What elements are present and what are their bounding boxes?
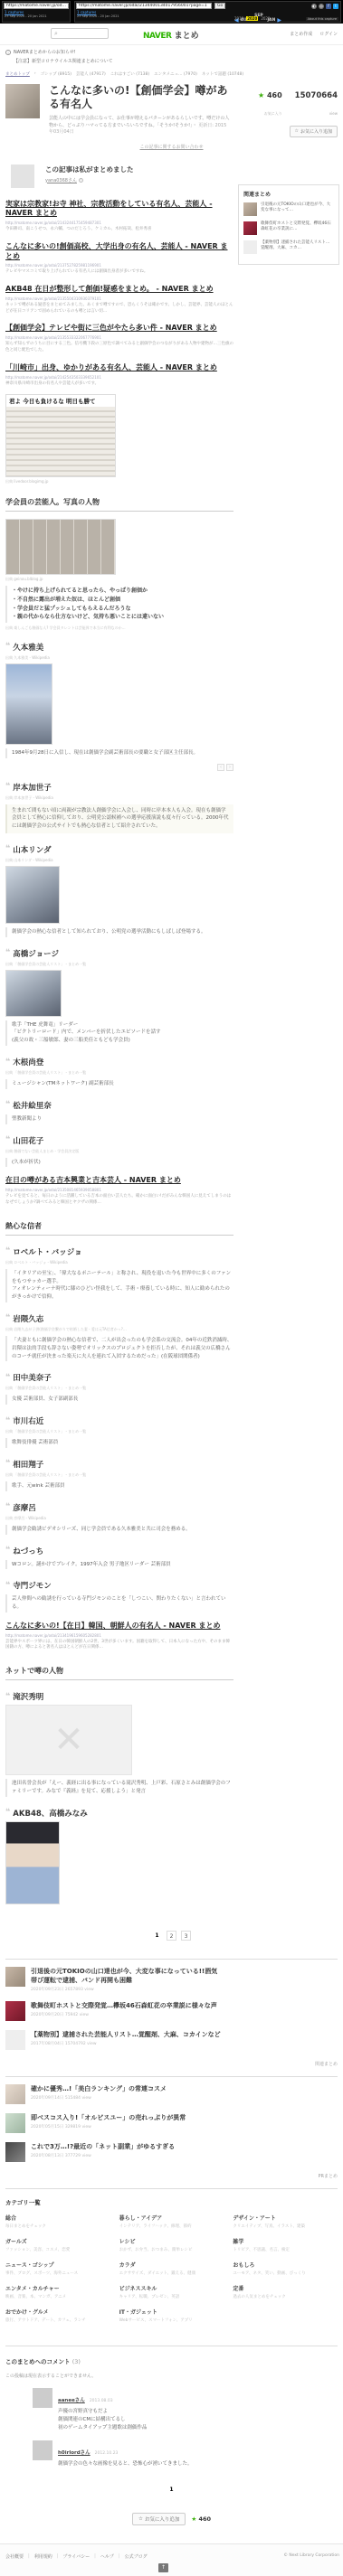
category-item[interactable]: レシピおかず、お弁当、おつまみ、簡単レシピ — [119, 2237, 224, 2252]
comment-date: 2012.10.23 — [95, 2451, 119, 2456]
category-item[interactable]: おでかけ・グルメ旅行、アウトドア、デート、カフェ、ランチ — [5, 2308, 110, 2323]
quote-block: ❝松井絵里奈聖教新聞より — [5, 1100, 233, 1124]
section-heading: 学会員の芸能人。写真の人物 — [5, 486, 233, 512]
pager-next-icon[interactable]: › — [226, 764, 233, 771]
category-sub: ユーモア、ネタ、笑い、動画、びっくり — [233, 2270, 338, 2276]
quote-icon: ❝ — [5, 1314, 10, 1322]
quote-name-row: ❝岩隈久志 — [5, 1313, 233, 1324]
quote-source-link[interactable]: 出典 久本雅美 - Wikipedia — [5, 655, 233, 661]
category-sub: 毎日まとめをチェック — [5, 2223, 110, 2229]
login-link[interactable]: ログイン — [319, 31, 338, 37]
pagination: 123 — [5, 1907, 338, 1959]
category-name: おでかけ・グルメ — [5, 2308, 110, 2316]
category-column: 総合毎日まとめをチェックガールズファッション、美容、コスメ、恋愛ニュース・ゴシッ… — [5, 2214, 110, 2331]
footer-separator: | — [28, 2553, 30, 2560]
link-description: 知らず知らずのうちに目にする三色。信号機下段の三原色で調べてみると創価学会のつな… — [5, 342, 233, 354]
comments-title: このまとめへのコメント — [5, 2358, 71, 2365]
comment-header: h0irlordさん2012.10.23 — [58, 2440, 338, 2458]
quote-icon: ❝ — [5, 783, 10, 791]
matome-link[interactable]: こんなに多いの!【在日】韓国、朝鮮人の有名人 - NAVER まとめ — [5, 1622, 233, 1631]
wayback-mini-date-range: 23 Sep 2020 - 20 Jan 2021 — [3, 14, 70, 18]
quote-name-row: ❝山本リンダ — [5, 844, 233, 855]
content-image-block: 君よ 今日も負けるな 明日も勝て出典 livedoor.blogimg.jp — [5, 394, 233, 484]
category-item[interactable]: ニュース・ゴシップ事件、ブログ、スポーツ、海外ニュース — [5, 2261, 110, 2276]
quote-block: ❝田中美奈子出典 「創価学会員の芸能人リスト」 - まとめ一覧女優 芸術部員、女… — [5, 1372, 233, 1405]
quote-source-link[interactable]: 出典 楽しんごも創価な人? 学会員タレントは芸能界で本当に有利なのか… — [5, 625, 233, 631]
quote-image[interactable] — [5, 1821, 60, 1904]
content-link-block: 在日の噂がある吉本興業と吉本芸人 - NAVER まとめhttp://matom… — [5, 1176, 233, 1206]
page-button[interactable]: 1 — [152, 1931, 162, 1941]
breadcrumb-item[interactable]: 芸能人 (47917) — [76, 71, 106, 77]
quote-block: ❝ねづっちWコロン。謎かけでブレイク。1997年入会 男子地区リーダー 芸術部員 — [5, 1546, 233, 1570]
link-url: http://matome.naver.jp/odai/213508146593… — [5, 1188, 233, 1192]
pr-matome-meta: 2020年05月15日 329819 view — [31, 2124, 223, 2129]
author-badge-icon: ? — [79, 178, 83, 183]
quote-icon: ❝ — [5, 1582, 10, 1590]
page-button[interactable]: 3 — [181, 1931, 191, 1941]
category-item[interactable]: ガールズファッション、美容、コスメ、恋愛 — [5, 2237, 110, 2252]
category-name: エンタメ・カルチャー — [5, 2284, 110, 2292]
matome-link[interactable]: AKB48 在日が整形して創価!疑惑をまとめ。 - NAVER まとめ — [5, 285, 233, 295]
quote-block: ❝ロベルト・バッジョ出典 ロベルト・バッジョ - Wikipedia「イタリアの… — [5, 1246, 233, 1302]
wayback-toolbar: https://matome.naver.jp/od… 1 captures 2… — [0, 0, 343, 24]
category-item[interactable]: 暮らし・アイデアインテリア、ライフハック、修理、節約 — [119, 2214, 224, 2229]
site-header: ⌕ NAVER まとめ まとめ作成 ログイン — [0, 24, 343, 45]
create-matome-link[interactable]: まとめ作成 — [290, 31, 312, 37]
quote-name-row: ❝田中美奈子 — [5, 1372, 233, 1383]
quote-icon: ❝ — [5, 949, 10, 957]
person-name: 松井絵里奈 — [13, 1100, 52, 1111]
person-name: 髙橋ジョージ — [13, 948, 59, 959]
quote-source-link[interactable]: 出典 創価でない芸能人まとめ - 学会員決定版 — [5, 1149, 233, 1154]
quote-text: (久本が折伏) — [5, 1158, 233, 1168]
footer-link[interactable]: プライバシー — [62, 2553, 90, 2560]
content-image[interactable]: 君よ 今日も負けるな 明日も勝て — [5, 394, 116, 477]
related-item-title: 引退後の元TOKIOの山口達也が今、大変な事になって… — [261, 202, 334, 216]
twitter-icon[interactable]: t — [333, 4, 338, 9]
related-matome-thumbnail — [5, 1967, 25, 1987]
category-sub: エクササイズ、ダイエット、鍛える、健康 — [119, 2270, 224, 2276]
comment-author-link[interactable]: aaneeさん — [58, 2398, 85, 2403]
matome-thumbnail — [5, 84, 40, 118]
view-count: 15070664 — [295, 91, 338, 100]
quote-source-link[interactable]: 出典 「創価学会員の芸能人リスト」 - まとめ一覧 — [5, 1429, 233, 1434]
category-item[interactable]: 定番過去の人気まとめをチェック — [233, 2284, 338, 2299]
sidebar-related-item[interactable]: 引退後の元TOKIOの山口達也が今、大変な事になって… — [243, 202, 334, 216]
quote-icon: ❝ — [5, 1460, 10, 1468]
related-matome-meta: 2020年09月20日 75942 view — [31, 2012, 223, 2017]
category-name: デザイン・アート — [233, 2214, 338, 2222]
related-matome-meta: 2020年09月23日 2657893 view — [31, 1987, 223, 1992]
breadcrumb: まとめトップ › ゴシップ (8915)芸能人 (47917)これはすごい (7… — [0, 70, 343, 82]
matome-link[interactable]: 在日の噂がある吉本興業と吉本芸人 - NAVER まとめ — [5, 1176, 233, 1186]
related-thumbnail — [243, 221, 257, 235]
wayback-go-button[interactable]: Go — [214, 3, 225, 9]
quote-source-link[interactable]: 出典 山本リンダ - Wikipedia — [5, 858, 233, 863]
quote-icon: ❝ — [5, 1547, 10, 1555]
comment-avatar — [33, 2440, 52, 2460]
quote-source-link[interactable]: 出典 岩隈久志が子供(創価学会繋がりで結婚した妻・愛は元TA信者かっ?… — [5, 1327, 233, 1332]
related-item-title: 【薬物別】逮捕された芸能人リスト… 覚醒剤、大麻、コカ… — [261, 240, 334, 254]
quote-text: 創価学会の熱心な信者として知られており、公明党の選挙活動にもしばしば登場する。 — [5, 927, 233, 937]
category-item[interactable]: IT・ガジェットWebサービス、スマートフォン、アプリ — [119, 2308, 224, 2323]
category-name: おもしろ — [233, 2261, 338, 2269]
quote-image[interactable] — [5, 970, 62, 1017]
pr-matome-thumbnail — [5, 2142, 25, 2162]
breadcrumb-item[interactable]: ゴシップ (8915) — [41, 71, 71, 77]
category-name: 定番 — [233, 2284, 338, 2292]
quote-block: ❝山本リンダ出典 山本リンダ - Wikipedia創価学会の熱心な信者として知… — [5, 844, 233, 937]
wayback-year[interactable]: 2021 — [261, 16, 270, 21]
person-name: 市川右近 — [13, 1415, 43, 1426]
quote-name-row: ❝AKB48、高橋みなみ — [5, 1808, 233, 1819]
related-matome-thumbnail — [5, 2030, 25, 2050]
quote-source-link[interactable]: 出典 「創価学会員の芸能人リスト」 - まとめ一覧 — [5, 1386, 233, 1391]
image-source-caption: 出典 geinou.blblog.jp — [5, 577, 233, 582]
quote-text: 歌手、元wink 芸術部員 — [5, 1481, 233, 1491]
comments-pagination[interactable]: 1 — [5, 2477, 338, 2507]
link-url: http://matome.naver.jp/odai/214324417545… — [5, 221, 233, 225]
category-item[interactable]: おもしろユーモア、ネタ、笑い、動画、びっくり — [233, 2261, 338, 2276]
quote-icon: ❝ — [5, 1247, 10, 1255]
category-name: ガールズ — [5, 2237, 110, 2245]
category-sub: 事件、ブログ、スポーツ、海外ニュース — [5, 2270, 110, 2276]
info-icon: i — [5, 50, 11, 55]
category-item[interactable]: 雑学トリビア、不思議、名言、検定 — [233, 2237, 338, 2252]
quote-name-row: ❝岸本加世子 — [5, 782, 233, 793]
person-name: AKB48、高橋みなみ — [13, 1808, 87, 1819]
category-name: IT・ガジェット — [119, 2308, 224, 2316]
quote-image[interactable]: ✕ — [5, 1705, 132, 1775]
pr-matome-meta: 2020年09月14日 515484 view — [31, 2095, 223, 2101]
related-matome-meta: 2017年08月04日 15704792 view — [31, 2041, 223, 2046]
pager-prev-icon[interactable]: ‹ — [217, 764, 224, 771]
sidebar-related-item[interactable]: 【薬物別】逮捕された芸能人リスト… 覚醒剤、大麻、コカ… — [243, 240, 334, 254]
related-thumbnail — [243, 240, 257, 254]
comment-avatar — [33, 2388, 52, 2408]
content-link-block: 【創価学会】テレビや街に三色がやたら多い件 - NAVER まとめhttp://… — [5, 324, 233, 353]
quote-name-row: ❝相田翔子 — [5, 1459, 233, 1470]
quote-name-row: ❝山田花子 — [5, 1135, 233, 1146]
pr-matome-item[interactable]: 即ベスコス入り!「オルビスユー」の売れっぷりが異常2020年05月15日 329… — [5, 2113, 338, 2133]
page: https://matome.naver.jp/od… 1 captures 2… — [0, 0, 343, 2576]
category-sub: トリビア、不思議、名言、検定 — [233, 2247, 338, 2252]
quote-text: ・やけに持ち上げられてると思ったら、やっぱり創価か・不自然に露出が増えた奴は、ほ… — [5, 586, 233, 622]
person-name: 山田花子 — [13, 1135, 43, 1146]
category-sub: Webサービス、スマートフォン、アプリ — [119, 2317, 224, 2323]
star-outline-icon: ☆ — [295, 128, 299, 134]
quote-image[interactable] — [5, 663, 52, 745]
category-column: デザイン・アートクリエイティブ、写真、イラスト、建築雑学トリビア、不思議、名言、… — [233, 2214, 338, 2331]
matome-link[interactable]: こんなに多いの!創価高校、大学出身の有名人、芸能人 - NAVER まとめ — [5, 242, 233, 262]
related-matome-item[interactable]: 引退後の元TOKIOの山口達也が今、大変な事になっている!!酒気帯び運転で逮捕、… — [5, 1967, 338, 1992]
category-sub: 映画、音楽、本、マンガ、アニメ — [5, 2294, 110, 2299]
quote-name-row: ❝滝沢秀明 — [5, 1691, 233, 1702]
related-matome-title: 引退後の元TOKIOの山口達也が今、大変な事になっている!!酒気帯び運転で逮捕、… — [31, 1967, 223, 1985]
matome-link[interactable]: 「川崎市」出身、ゆかりがある有名人、芸能人 - NAVER まとめ — [5, 363, 233, 373]
quote-name-row: ❝木根尚登 — [5, 1057, 233, 1067]
inquiry-link[interactable]: この記事に関するお問い合わせ — [0, 136, 343, 159]
quote-block: ❝岸本加世子出典 岸本加世子 - Wikipedia生まれて間もない頃に両親が宗… — [5, 782, 233, 833]
quote-name-row: ❝寺門ジモン — [5, 1580, 233, 1591]
search-icon: ⌕ — [54, 30, 58, 38]
site-footer: 会社概要|利用規約|プライバシー|ヘルプ|公式ブログ © Next Librar… — [0, 2543, 343, 2576]
quote-source-link[interactable]: 出典 彦摩呂 - Wikipedia — [5, 1516, 233, 1521]
quote-source-link[interactable]: 出典 ロベルト・バッジョ - Wikipedia — [5, 1260, 233, 1265]
category-item[interactable]: デザイン・アートクリエイティブ、写真、イラスト、建築 — [233, 2214, 338, 2229]
category-name: 雑学 — [233, 2237, 338, 2245]
quote-block: ❝彦摩呂出典 彦摩呂 - Wikipedia創価学会勧誘ビデオシリーズ、同じ学会… — [5, 1502, 233, 1535]
category-item[interactable]: エンタメ・カルチャー映画、音楽、本、マンガ、アニメ — [5, 2284, 110, 2299]
wayback-url-input[interactable]: https://matome.naver.jp/odai/21344001340… — [76, 3, 212, 9]
comment-item: aaneeさん2013.08.03声優の宮野真守もだよ創価関連のCMに結構出てる… — [5, 2388, 338, 2440]
favorite-label: お気に入り — [264, 111, 282, 116]
person-name: 寺門ジモン — [13, 1580, 52, 1591]
section-heading: 熱心な信者 — [5, 1210, 233, 1236]
profile-icon[interactable]: ◐ — [311, 4, 317, 9]
comments-count: (3) — [72, 2358, 81, 2365]
author-name-link[interactable]: yana0368さん? — [45, 177, 332, 183]
quote-source-link[interactable]: 出典 「創価学会員の芸能人リスト」 - まとめ一覧 — [5, 1070, 233, 1076]
link-url: http://matome.naver.jp/odai/214254350333… — [5, 375, 233, 380]
comment-item: h0irlordさん2012.10.23創価学会の色々な画像を見ると、恐怖心が湧… — [5, 2440, 338, 2477]
category-sub: おかず、お弁当、おつまみ、簡単レシピ — [119, 2247, 224, 2252]
footer-link[interactable]: 公式ブログ — [125, 2553, 148, 2560]
quote-icon: ❝ — [5, 643, 10, 651]
breadcrumb-sep: › — [34, 71, 36, 77]
main-column: 実家は宗教家!お寺 神社、宗教活動をしている有名人、芸能人 - NAVER まと… — [5, 200, 233, 1904]
quote-icon: ❝ — [5, 1693, 10, 1701]
wayback-mini-url: https://matome.naver.jp/od… — [4, 3, 69, 9]
wayback-year[interactable]: 2019 — [234, 16, 243, 21]
category-title: カテゴリ一覧 — [5, 2198, 338, 2206]
related-list: 引退後の元TOKIOの山口達也が今、大変な事になっている!!酒気帯び運転で逮捕、… — [0, 1960, 343, 2061]
quote-block: ❝寺門ジモン芸人仲間への勧誘を行っている寺門ジモンのことを「しつこい、関わりたく… — [5, 1580, 233, 1612]
notice-text: NAVERまとめからのお知らせ! — [14, 49, 76, 55]
quote-source-link[interactable]: 出典 「創価学会員の芸能人リスト」 - まとめ一覧 — [5, 962, 233, 967]
stats: ★ 460 お気に入り 15070664 view ☆ お気に入り追加 — [231, 84, 338, 137]
category-sub: クリエイティブ、写真、イラスト、建築 — [233, 2223, 338, 2229]
person-name: 彦摩呂 — [13, 1502, 36, 1513]
quote-name-row: ❝久本雅美 — [5, 642, 233, 653]
image-pager: ‹› — [5, 764, 233, 771]
link-description: 今田耕司、南こうせつ、永六輔、つのだじろう、ケミカル、木村拓哉、松井秀喜 — [5, 227, 233, 233]
site-logo[interactable]: NAVER まとめ — [143, 29, 199, 41]
quote-block: ❝滝沢秀明✕池田名誉会長が「えー、義経に出る事になっている滝沢秀明、上戸彩、石原… — [5, 1691, 233, 1797]
content-image[interactable] — [5, 519, 116, 575]
quote-block: ❝木根尚登出典 「創価学会員の芸能人リスト」 - まとめ一覧ミュージシャン(TM… — [5, 1057, 233, 1089]
related-thumbnail — [243, 202, 257, 216]
quote-block: ❝山田花子出典 創価でない芸能人まとめ - 学会員決定版(久本が折伏) — [5, 1135, 233, 1168]
pr-matome-meta: 2020年08月13日 377729 view — [31, 2153, 223, 2158]
person-name: 相田翔子 — [13, 1459, 43, 1470]
wayback-next-icon[interactable]: ▶ — [277, 17, 281, 24]
category-sub: キャリア、転職、プレゼン、英語 — [119, 2294, 224, 2299]
star-icon: ★ — [258, 91, 264, 99]
related-matome-item[interactable]: 歌舞伎町ホストと交際発覚…欅坂46石森虹花の卒業説に様々な声2020年09月20… — [5, 2001, 338, 2021]
copyright: © Next Library Corporation — [283, 2553, 339, 2558]
search-input[interactable]: ⌕ — [51, 28, 109, 39]
quote-icon: ❝ — [5, 1101, 10, 1109]
pr-matome-item[interactable]: これで3万…!?最近の「ネット副業」がゆるすぎる2020年08月13日 3777… — [5, 2142, 338, 2162]
breadcrumb-root[interactable]: まとめトップ — [5, 71, 30, 77]
category-name: 暮らし・アイデア — [119, 2214, 224, 2222]
content-link-block: 実家は宗教家!お寺 神社、宗教活動をしている有名人、芸能人 - NAVER まと… — [5, 200, 233, 233]
quote-icon: ❝ — [5, 1503, 10, 1511]
newspaper-body — [6, 407, 115, 477]
link-url: http://matome.naver.jp/odai/213550431093… — [5, 296, 233, 301]
facebook-icon[interactable]: f — [326, 4, 331, 9]
favorite-add-button-bottom[interactable]: ☆ お気に入り追加 — [132, 2513, 186, 2525]
category-sub: 過去の人気まとめをチェック — [233, 2294, 338, 2299]
star-outline-icon: ☆ — [138, 2516, 143, 2522]
quote-block: ❝久本雅美出典 久本雅美 - Wikipedia1984年9月28日に入信し、現… — [5, 642, 233, 771]
breadcrumb-item[interactable]: エンタメニュ… (7970) — [154, 71, 197, 77]
matome-link[interactable]: 【創価学会】テレビや街に三色がやたら多い件 - NAVER まとめ — [5, 324, 233, 334]
person-name: 田中美奈子 — [13, 1372, 52, 1383]
wayback-date-range: 23 Sep 2020 - 20 Jan 2021 — [75, 14, 340, 18]
quote-text: ミュージシャン(TMネットワーク) 副芸術部長 — [5, 1079, 233, 1089]
image-source-caption: 出典 livedoor.blogimg.jp — [5, 479, 233, 484]
person-name: 山本リンダ — [13, 844, 51, 855]
related-matome-title: 【薬物別】逮捕された芸能人リスト…覚醒剤、大麻、コカインなど — [31, 2030, 223, 2039]
category-sub: 旅行、アウトドア、デート、カフェ、ランチ — [5, 2317, 110, 2323]
quote-icon: ❝ — [5, 1058, 10, 1067]
sidebar-title: 関連まとめ — [243, 190, 334, 198]
author-avatar — [11, 165, 34, 188]
footer-link[interactable]: ヘルプ — [100, 2553, 114, 2560]
wayback-years: 2019 2020 2021 — [234, 16, 271, 21]
wayback-icons: ◐ ◎ f t — [311, 4, 338, 9]
related-matome-sidebar: 関連まとめ 引退後の元TOKIOの山口達也が今、大変な事になって…歌舞伎町ホスト… — [238, 184, 339, 265]
quote-block: ❝AKB48、高橋みなみ — [5, 1808, 233, 1904]
pr-matome-item[interactable]: 確かに優秀…!「美白ランキング」の常連コスメ2020年09月14日 515484… — [5, 2084, 338, 2104]
content-area: この記事は私がまとめました yana0368さん? 関連まとめ 引退後の元TOK… — [0, 159, 343, 1959]
quote-name-row: ❝髙橋ジョージ — [5, 948, 233, 959]
person-name: ねづっち — [13, 1546, 43, 1556]
category-column: 暮らし・アイデアインテリア、ライフハック、修理、節約レシピおかず、お弁当、おつま… — [119, 2214, 224, 2331]
quote-text: 「イタリアの至宝」、「偉大なるポニーテール」と称され、現役を退いた今も世界中に多… — [5, 1269, 233, 1302]
quote-text: 芸人仲間への勧誘を行っている寺門ジモンのことを「しつこい、関わりたくない」と言わ… — [5, 1594, 233, 1612]
quote-source-link[interactable]: 出典 「創価学会員の芸能人リスト」 - まとめ一覧 — [5, 1472, 233, 1478]
link-url: http://matome.naver.jp/odai/213553332206… — [5, 335, 233, 340]
quote-icon: ❝ — [5, 1374, 10, 1382]
footer-separator: | — [119, 2553, 120, 2560]
quote-icon: ❝ — [5, 1136, 10, 1144]
category-section: カテゴリ一覧 総合毎日まとめをチェックガールズファッション、美容、コスメ、恋愛ニ… — [0, 2189, 343, 2346]
quote-name-row: ❝ねづっち — [5, 1546, 233, 1556]
share-icon[interactable]: ◎ — [319, 4, 324, 9]
notice-banner[interactable]: i NAVERまとめからのお知らせ! — [0, 45, 343, 55]
footer-separator: | — [57, 2553, 59, 2560]
quote-source-link[interactable]: 出典 岸本加世子 - Wikipedia — [5, 795, 233, 801]
favorite-add-button[interactable]: ☆ お気に入り追加 — [290, 126, 338, 137]
quote-name-row: ❝ロベルト・バッジョ — [5, 1246, 233, 1257]
newspaper-headline: 君よ 今日も負けるな 明日も勝て — [6, 395, 115, 407]
related-item-title: 歌舞伎町ホストと交際発覚、欅坂46石森虹花の卒業説に… — [261, 221, 334, 235]
content-link-block: AKB48 在日が整形して創価!疑惑をまとめ。 - NAVER まとめhttp:… — [5, 285, 233, 315]
wayback-year-current[interactable]: 2020 — [246, 16, 258, 21]
related-matome-item[interactable]: 【薬物別】逮捕された芸能人リスト…覚醒剤、大麻、コカインなど2017年08月04… — [5, 2030, 338, 2050]
corona-notice-link[interactable]: 【注意】新型コロナウイルス関連まとめについて — [0, 55, 343, 70]
section-heading: ネットで噂の人物 — [5, 1655, 233, 1680]
matome-link[interactable]: 実家は宗教家!お寺 神社、宗教活動をしている有名人、芸能人 - NAVER まと… — [5, 200, 233, 220]
content-link-block: こんなに多いの!創価高校、大学出身の有名人、芸能人 - NAVER まとめhtt… — [5, 242, 233, 276]
comment-header: aaneeさん2013.08.03 — [58, 2388, 338, 2405]
quote-block: ❝髙橋ジョージ出典 「創価学会員の芸能人リスト」 - まとめ一覧歌手「THE 虎… — [5, 948, 233, 1046]
category-name: レシピ — [119, 2237, 224, 2245]
link-url: http://matome.naver.jp/odai/213419615960… — [5, 1633, 233, 1638]
footer-separator: | — [94, 2553, 96, 2560]
comment-text: 声優の宮野真守もだよ創価関連のCMに結構出てるし初のゲームタイアップ主題歌は創価… — [58, 2408, 338, 2431]
related-matome-thumbnail — [5, 2001, 25, 2021]
link-description: 神奈川県川崎市出身の有名人や芸能人が多いです。 — [5, 381, 233, 388]
quote-name-row: ❝市川右近 — [5, 1415, 233, 1426]
breadcrumb-item[interactable]: ネットで話題 (10748) — [202, 71, 243, 77]
quote-block: ❝相田翔子出典 「創価学会員の芸能人リスト」 - まとめ一覧歌手、元wink 芸… — [5, 1459, 233, 1491]
sidebar-related-item[interactable]: 歌舞伎町ホストと交際発覚、欅坂46石森虹花の卒業説に… — [243, 221, 334, 235]
author-heading: この記事は私がまとめました — [45, 165, 332, 174]
quote-text: 「夫妻ともに創価学会の熱心な信者で、二人が出会ったのも学会系の交流会。04年の近… — [5, 1336, 233, 1361]
favorite-count: 460 — [267, 91, 282, 99]
favorite-count-bottom: 460 — [198, 2515, 211, 2523]
pr-matome-title: これで3万…!?最近の「ネット副業」がゆるすぎる — [31, 2142, 223, 2151]
category-item[interactable]: ビジネススキルキャリア、転職、プレゼン、英語 — [119, 2284, 224, 2299]
view-label: view — [329, 111, 338, 116]
link-url: http://matome.naver.jp/odai/213752782598… — [5, 263, 233, 268]
link-description: 芸能界やスポーツ界には、在日の韓国朝鮮人の2世、3世が多くいます。国籍を取得して… — [5, 1640, 233, 1652]
breadcrumb-item[interactable]: これはすごい (7138) — [110, 71, 149, 77]
quote-icon: ❝ — [5, 845, 10, 853]
pr-list: 確かに優秀…!「美白ランキング」の常連コスメ2020年09月14日 515484… — [0, 2077, 343, 2173]
comment-date: 2013.08.03 — [90, 2399, 113, 2403]
category-name: カラダ — [119, 2261, 224, 2269]
page-title: こんなに多いの!【創価学会】噂がある有名人 — [49, 84, 230, 111]
related-more-link[interactable]: 関連まとめ — [0, 2061, 343, 2076]
wayback-mini-widget: https://matome.naver.jp/od… 1 captures 2… — [2, 1, 71, 23]
footer-link[interactable]: 利用規約 — [34, 2553, 52, 2560]
pr-more-link[interactable]: PRまとめ — [0, 2173, 343, 2188]
quote-text: 歌舞伎俳優 芸術部員 — [5, 1438, 233, 1448]
wayback-about-button[interactable]: About this capture — [306, 17, 338, 21]
star-icon: ★ — [191, 2515, 196, 2523]
category-item[interactable]: カラダエクササイズ、ダイエット、鍛える、健康 — [119, 2261, 224, 2276]
title-section: こんなに多いの!【創価学会】噂がある有名人 芸能人の中には学会員になって、お仕事… — [0, 82, 343, 136]
category-name: ビジネススキル — [119, 2284, 224, 2292]
category-name: 総合 — [5, 2214, 110, 2222]
person-name: 岩隈久志 — [13, 1313, 43, 1324]
comment-author-link[interactable]: h0irlordさん — [58, 2450, 91, 2456]
content-link-block: 「川崎市」出身、ゆかりがある有名人、芸能人 - NAVER まとめhttp://… — [5, 363, 233, 388]
footer-link[interactable]: 会社概要 — [5, 2553, 24, 2560]
quote-text: 創価学会勧誘ビデオシリーズ、同じ学会員である久本雅美と共に司会を務める。 — [5, 1525, 233, 1535]
quote-text: Wコロン。謎かけでブレイク。1997年入会 男子地区リーダー 芸術部員 — [5, 1560, 233, 1570]
person-name: ロベルト・バッジョ — [13, 1246, 81, 1257]
quote-text: 池田名誉会長が「えー、義経に出る事になっている滝沢秀明、上戸彩、石原さとみは創価… — [5, 1779, 233, 1797]
category-item[interactable]: 総合毎日まとめをチェック — [5, 2214, 110, 2229]
wayback-widget: https://matome.naver.jp/odai/21344001340… — [74, 1, 341, 23]
quote-image[interactable] — [5, 866, 60, 924]
scroll-top-button[interactable]: ↑ — [158, 2563, 168, 2572]
category-name: ニュース・ゴシップ — [5, 2261, 110, 2269]
quote-block: ❝岩隈久志出典 岩隈久志が子供(創価学会繋がりで結婚した妻・愛は元TA信者かっ?… — [5, 1313, 233, 1361]
person-name: 岸本加世子 — [13, 782, 52, 793]
quote-text: 女優 芸術部員、女子部副部長 — [5, 1395, 233, 1405]
comment-text: 創価学会の色々な画像を見ると、恐怖心が湧いてきました。 — [58, 2460, 338, 2468]
link-description: テレビを見てると、毎日のように活躍している吉本の面白い芸人たち。確かに面白い!だ… — [5, 1194, 233, 1207]
page-button[interactable]: 2 — [167, 1931, 176, 1941]
quote-block: ・やけに持ち上げられてると思ったら、やっぱり創価か・不自然に露出が増えた奴は、ほ… — [5, 586, 233, 630]
